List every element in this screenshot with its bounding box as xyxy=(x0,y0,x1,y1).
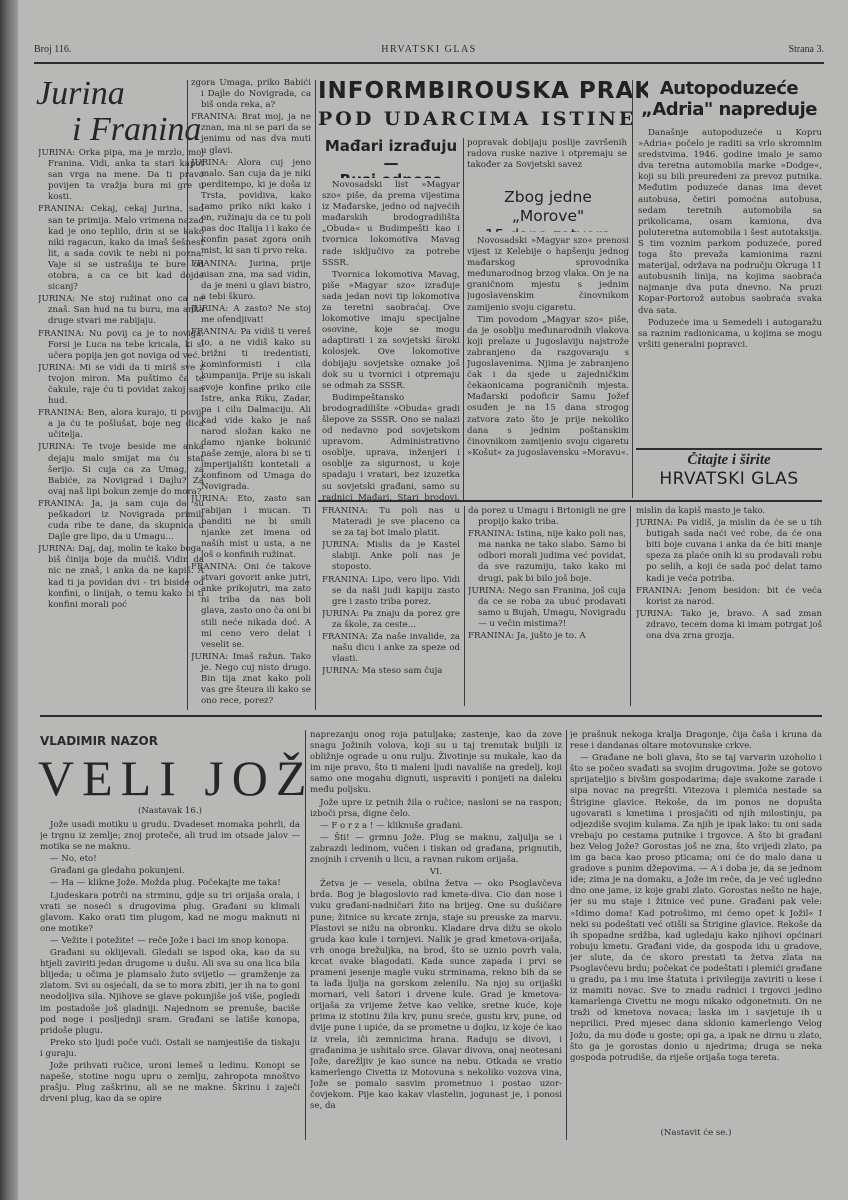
jurina-col-3: FRANINA: Tu poli nas u Materadi je sve p… xyxy=(322,506,460,706)
veli-joze-col-2: naprezanju onog roja patuljaka; zastenje… xyxy=(310,730,562,1150)
jurina-col-5: mislin da kapiš masto je tako. JURINA: P… xyxy=(636,506,822,706)
story-title: VELI JOŽE xyxy=(38,752,308,808)
section-rule xyxy=(40,715,822,717)
jurina-title: Jurina xyxy=(36,76,204,116)
column-divider xyxy=(464,506,465,706)
page-edge xyxy=(0,0,18,1200)
column-divider xyxy=(463,138,464,500)
veli-joze-col-3: je prašnuk nekoga kralja Dragonje, čija … xyxy=(570,730,822,1134)
jurina-col-2: zgora Umaga, priko Babići i Dajle do Nov… xyxy=(191,78,311,710)
header-rule xyxy=(34,62,824,64)
informbiro-col-b: Novosadski »Magyar szo« prenosi vijest i… xyxy=(467,236,629,500)
column-divider xyxy=(315,80,316,710)
informbiro-col-a: Novosadski list »Magyar szo« piše, da pr… xyxy=(322,180,460,500)
installment-label: (Nastavak 16.) xyxy=(40,806,300,820)
column-divider xyxy=(187,80,188,710)
jurina-col-1: JURINA: Orka pipa, ma je mrzlo, moj Fran… xyxy=(38,148,204,716)
running-header: Broj 116. HRVATSKI GLAS Strana 3. xyxy=(34,44,824,58)
column-divider xyxy=(566,730,567,1140)
informbiro-subheadline: POD UDARCIMA ISTINE xyxy=(318,108,648,134)
column-divider xyxy=(305,730,306,1140)
section-rule xyxy=(318,500,822,502)
veli-joze-col-1: Jože usadi motiku u grudu. Dvadeset moma… xyxy=(40,820,300,1160)
adria-article: Današnje autopoduzeće u Kopru »Adria« po… xyxy=(638,128,822,448)
continued-note: (Nastavit će se.) xyxy=(570,1128,822,1142)
jurina-title-2: i Franina xyxy=(72,112,204,152)
page-number: Strana 3. xyxy=(788,44,824,55)
adria-headline: Autopoduzeće „Adria" napreduje xyxy=(636,78,822,124)
newspaper-page: Broj 116. HRVATSKI GLAS Strana 3. Jurina… xyxy=(18,0,848,1200)
madari-headline: Mađari izrađuju — Rusi odnose xyxy=(322,138,460,178)
promo-rule-top xyxy=(636,448,822,450)
column-divider xyxy=(632,80,633,498)
informbiro-headline: INFORMBIROUSKA PRAKSA xyxy=(318,78,648,110)
column-divider xyxy=(630,506,631,706)
zbog-headline: Zbog jedne „Morove" 15 dana zatvora xyxy=(467,188,629,232)
promo-box: Čitajte i širite HRVATSKI GLAS xyxy=(636,452,822,494)
masthead: HRVATSKI GLAS xyxy=(34,44,824,55)
informbiro-col-b-top: popravak dobijaju poslije završenih rado… xyxy=(467,138,627,178)
author-name: VLADIMIR NAZOR xyxy=(40,734,300,752)
jurina-col-4: da porez u Umagu i Brtonigli ne gre prop… xyxy=(468,506,626,706)
